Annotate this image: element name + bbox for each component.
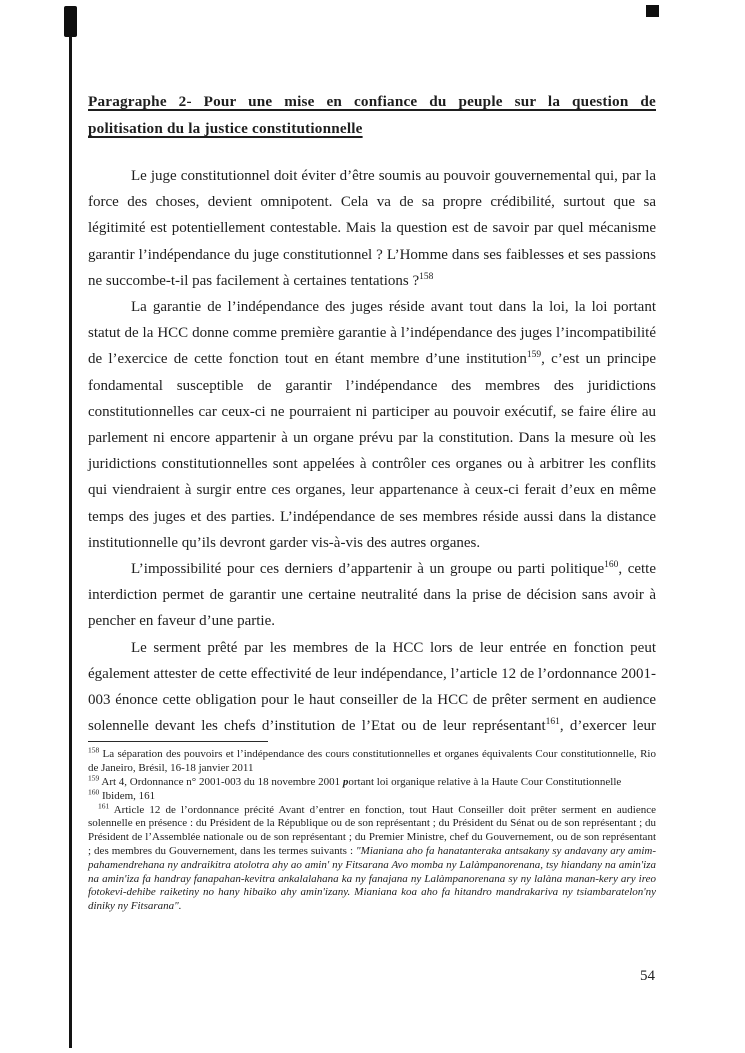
footnote-text-158: La séparation des pouvoirs et l’indépend…: [88, 748, 656, 774]
footnote-text-161: Article 12 de l’ordonnance précité Avant…: [88, 804, 656, 913]
footnote-number-160: 160: [88, 787, 99, 796]
footnotes-section: 158 La séparation des pouvoirs et l’indé…: [88, 748, 656, 914]
page-number: 54: [640, 968, 655, 985]
footnote-separator: [88, 741, 268, 742]
paragraph-3: L’impossibilité pour ces derniers d’appa…: [88, 556, 656, 635]
footnote-161: 161 Article 12 de l’ordonnance précité A…: [88, 804, 656, 914]
footnote-158: 158 La séparation des pouvoirs et l’indé…: [88, 748, 656, 776]
footnote-number-159: 159: [88, 773, 99, 782]
section-heading-line-1: Paragraphe 2- Pour une mise en confiance…: [88, 88, 656, 115]
scan-artifact-top-left: [64, 6, 77, 37]
paragraph-2: La garantie de l’indépendance des juges …: [88, 294, 656, 556]
body-text: Le juge constitutionnel doit éviter d’êt…: [88, 163, 656, 739]
paragraph-4: Le serment prêté par les membres de la H…: [88, 635, 656, 740]
paragraph-1: Le juge constitutionnel doit éviter d’êt…: [88, 163, 656, 294]
footnote-160: 160 Ibidem, 161: [88, 790, 656, 804]
document-page: Paragraphe 2- Pour une mise en confiance…: [0, 0, 745, 1053]
footnote-number-158: 158: [88, 746, 99, 755]
footnote-number-161: 161: [98, 801, 109, 810]
section-heading-line-2: politisation du la justice constitutionn…: [88, 115, 656, 142]
text-block: Paragraphe 2- Pour une mise en confiance…: [88, 88, 656, 914]
footnote-text-159: Art 4, Ordonnance n° 2001-003 du 18 nove…: [99, 776, 621, 788]
scan-artifact-left-line: [69, 36, 72, 1048]
scan-artifact-top-right: [646, 5, 659, 17]
footnote-159: 159 Art 4, Ordonnance n° 2001-003 du 18 …: [88, 776, 656, 790]
section-heading: Paragraphe 2- Pour une mise en confiance…: [88, 88, 656, 142]
